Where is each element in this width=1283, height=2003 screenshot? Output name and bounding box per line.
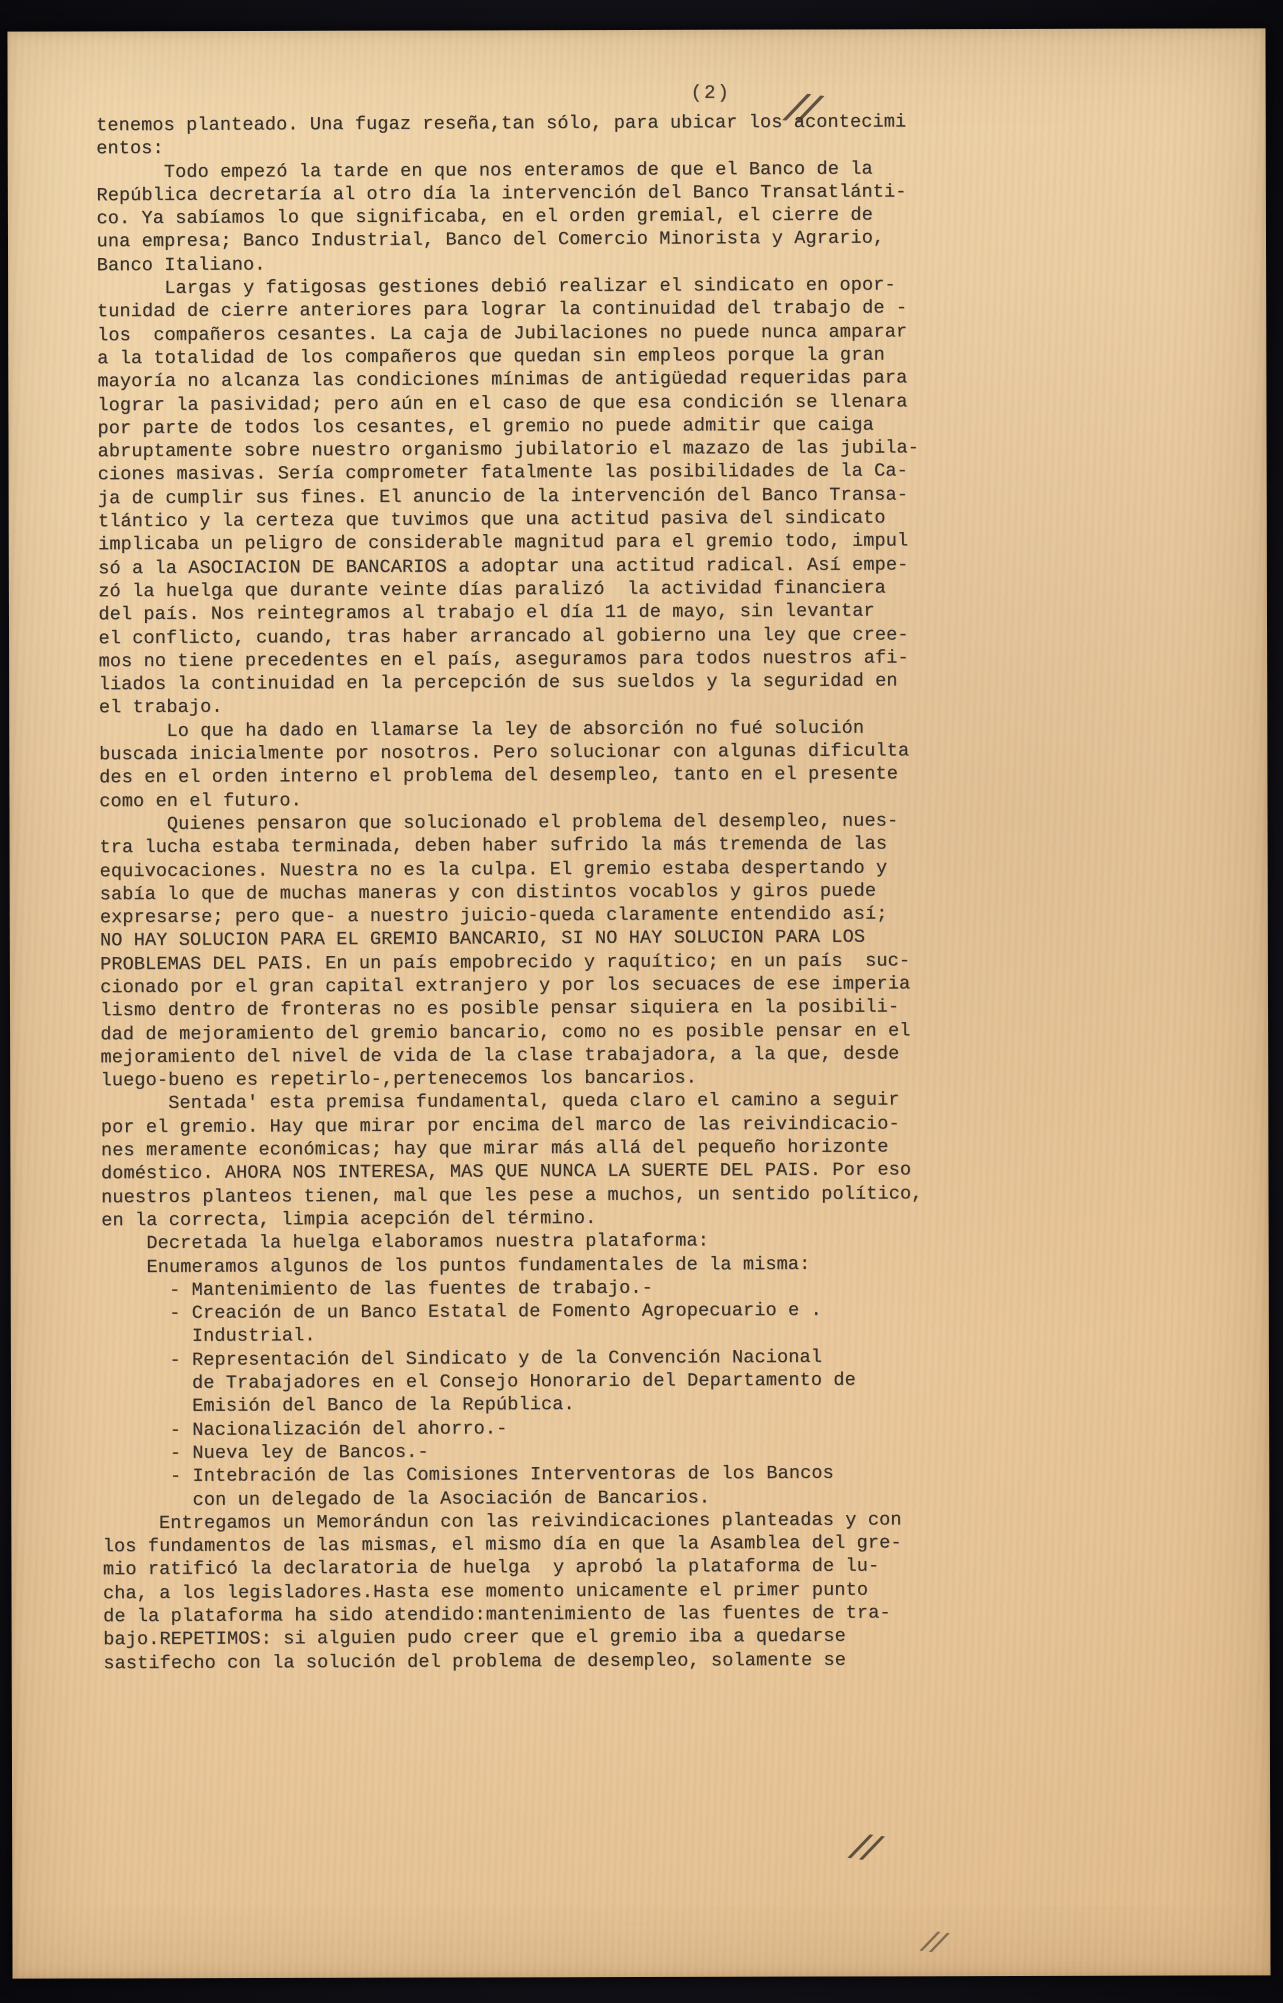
handwritten-mark-bottom: // [849,1827,885,1867]
document-page: (2) // tenemos planteado. Una fugaz rese… [7,28,1270,1978]
handwritten-mark-corner: // [920,1927,949,1958]
page-number: (2) [691,82,731,104]
scan-background: (2) // tenemos planteado. Una fugaz rese… [0,0,1283,2003]
document-body: tenemos planteado. Una fugaz reseña,tan … [96,110,925,1675]
